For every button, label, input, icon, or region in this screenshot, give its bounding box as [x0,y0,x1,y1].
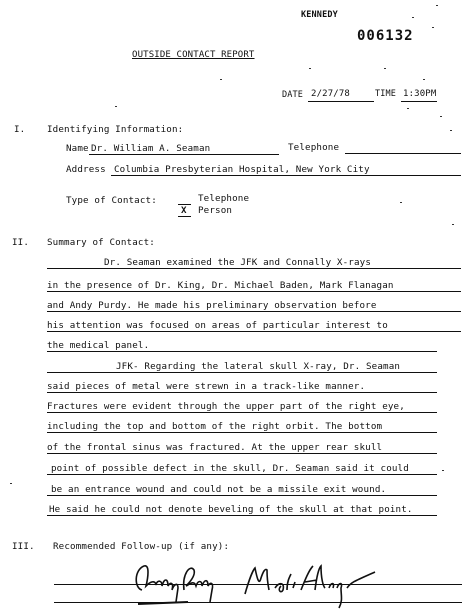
scan-speck [400,202,402,203]
summary-rule [47,311,461,312]
summary-rule [47,351,437,352]
summary-line: of the frontal sinus was fractured. At t… [47,442,382,453]
summary-line: his attention was focused on areas of pa… [47,320,388,331]
scan-speck [436,5,438,6]
telephone-underline [345,153,461,154]
time-underline [401,101,437,102]
summary-line: in the presence of Dr. King, Dr. Michael… [47,280,394,291]
name-label: Name [66,143,89,154]
address-underline [111,175,461,176]
summary-line: and Andy Purdy. He made his preliminary … [47,300,377,311]
scan-speck [450,130,452,131]
scan-speck [220,79,222,80]
summary-rule [47,392,437,393]
section-2-numeral: II. [12,237,29,248]
scan-speck [442,470,444,471]
summary-rule [47,372,437,373]
summary-line: be an entrance wound and could not be a … [51,484,386,495]
telephone-label: Telephone [288,142,339,153]
page-title: OUTSIDE CONTACT REPORT [132,50,255,60]
date-underline [308,101,374,102]
section-3-numeral: III. [12,541,35,552]
name-value: Dr. William A. Seaman [91,143,210,154]
summary-rule [47,331,461,332]
date-value: 2/27/78 [311,89,350,99]
contact-person-mark: X [181,205,187,216]
scan-speck [309,68,311,69]
summary-rule [47,291,461,292]
summary-line: He said he could not denote beveling of … [49,504,413,515]
time-value: 1:30PM [403,89,436,99]
signature-mark-flanagan [235,560,385,615]
scan-speck [432,27,434,28]
summary-rule [47,474,437,475]
summary-line: Fractures were evident through the upper… [47,401,405,412]
contact-person-label: Person [198,205,232,216]
contact-telephone-label: Telephone [198,193,249,204]
scan-speck [115,106,117,107]
summary-line: Dr. Seaman examined the JFK and Connally… [104,257,371,268]
summary-line: said pieces of metal were strewn in a tr… [47,381,365,392]
section-2-heading: Summary of Contact: [47,237,155,248]
section-1-heading: Identifying Information: [47,124,183,135]
section-1-numeral: I. [14,124,25,135]
summary-line: including the top and bottom of the righ… [47,421,382,432]
summary-rule [47,453,437,454]
signature-andy-purdy [128,560,228,610]
scan-speck [10,483,12,484]
section-3-heading: Recommended Follow-up (if any): [53,541,229,552]
summary-rule [47,515,437,516]
scan-speck [440,116,442,117]
scan-speck [384,68,386,69]
time-label: TIME [375,89,396,99]
summary-line: point of possible defect in the skull, D… [51,463,409,474]
scan-speck [412,17,414,18]
summary-rule [47,432,437,433]
date-label: DATE [282,90,303,100]
contact-person-blank[interactable] [178,216,191,217]
address-label: Address [66,164,106,175]
summary-rule [47,412,437,413]
scan-speck [407,108,409,109]
summary-rule [47,495,437,496]
scan-speck [423,79,425,80]
name-underline [89,154,279,155]
case-name: KENNEDY [301,10,338,20]
contact-type-label: Type of Contact: [66,195,157,206]
summary-rule [47,268,461,269]
address-value: Columbia Presbyterian Hospital, New York… [114,164,370,175]
document-number: 006132 [357,28,414,44]
summary-line: JFK- Regarding the lateral skull X-ray, … [116,361,400,372]
summary-line: the medical panel. [47,340,149,351]
scan-speck [452,224,454,225]
